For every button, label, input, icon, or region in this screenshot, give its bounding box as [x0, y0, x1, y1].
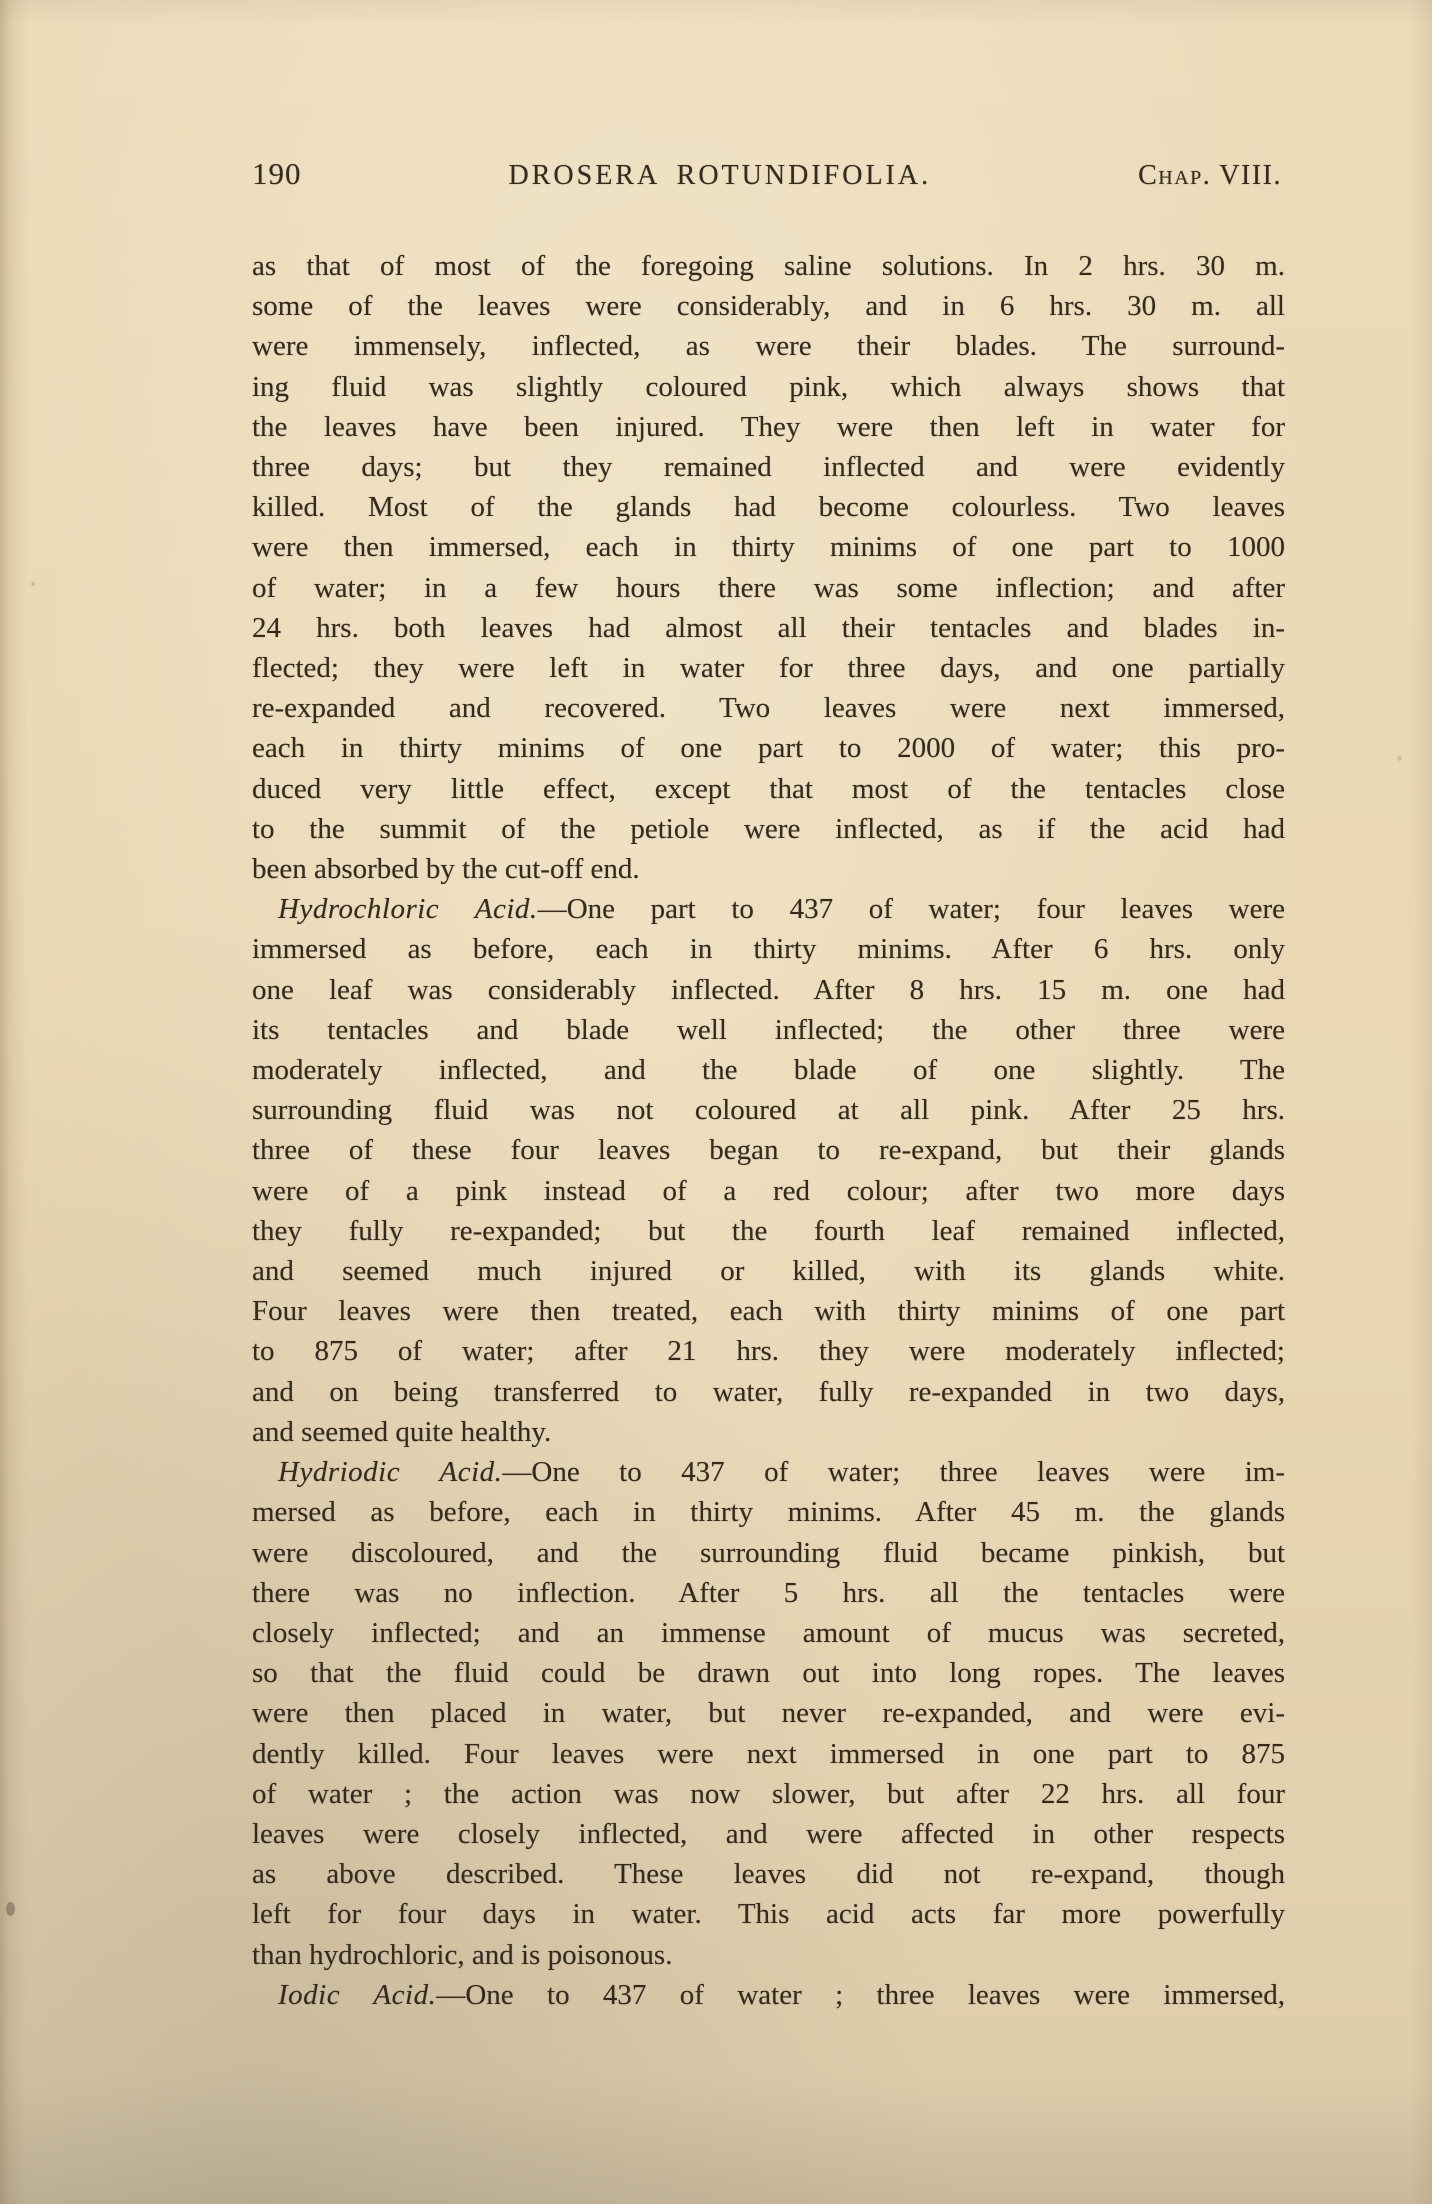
text-line: mersed as before, each in thirty minims.… — [252, 1492, 1285, 1532]
text-line: were then immersed, each in thirty minim… — [252, 527, 1285, 567]
text-line: immersed as before, each in thirty minim… — [252, 929, 1285, 969]
book-page-scan: 190 DROSERA ROTUNDIFOLIA. Chap. VIII. as… — [0, 0, 1432, 2204]
text-line: dently killed. Four leaves were next imm… — [252, 1734, 1285, 1774]
acid-name-italic: Hydrochloric Acid. — [278, 893, 538, 925]
text-line: of water ; the action was now slower, bu… — [252, 1774, 1285, 1814]
text-line: were of a pink instead of a red colour; … — [252, 1171, 1285, 1211]
page-header: 190 DROSERA ROTUNDIFOLIA. Chap. VIII. — [252, 156, 1282, 192]
text-line: they fully re-expanded; but the fourth l… — [252, 1211, 1285, 1251]
text-line: moderately inflected, and the blade of o… — [252, 1050, 1285, 1090]
text-line: left for four days in water. This acid a… — [252, 1894, 1285, 1934]
text-line: than hydrochloric, and is poisonous. — [252, 1935, 1285, 1975]
text-line: to the summit of the petiole were inflec… — [252, 809, 1285, 849]
text-line: Iodic Acid.—One to 437 of water ; three … — [252, 1975, 1285, 2015]
running-title: DROSERA ROTUNDIFOLIA. — [509, 160, 932, 192]
text-line: re-expanded and recovered. Two leaves we… — [252, 688, 1285, 728]
text-line: of water; in a few hours there was some … — [252, 568, 1285, 608]
text-line: the leaves have been injured. They were … — [252, 407, 1285, 447]
text-line: there was no inflection. After 5 hrs. al… — [252, 1573, 1285, 1613]
text-line: were then placed in water, but never re-… — [252, 1693, 1285, 1733]
paper-speck — [6, 1902, 15, 1916]
text-line: three of these four leaves began to re-e… — [252, 1130, 1285, 1170]
text-line: Hydriodic Acid.—One to 437 of water; thr… — [252, 1452, 1285, 1492]
acid-name-italic: Iodic Acid. — [278, 1979, 436, 2011]
text-line: flected; they were left in water for thr… — [252, 648, 1285, 688]
text-line: as that of most of the foregoing saline … — [252, 246, 1285, 286]
page-body-text: as that of most of the foregoing saline … — [252, 246, 1285, 2015]
text-line: three days; but they remained inflected … — [252, 447, 1285, 487]
text-line: and seemed much injured or killed, with … — [252, 1251, 1285, 1291]
text-line: each in thirty minims of one part to 200… — [252, 728, 1285, 768]
text-line: its tentacles and blade well inflected; … — [252, 1010, 1285, 1050]
text-line: Hydrochloric Acid.—One part to 437 of wa… — [252, 889, 1285, 929]
text-line: duced very little effect, except that mo… — [252, 769, 1285, 809]
text-line: killed. Most of the glands had become co… — [252, 487, 1285, 527]
text-line: been absorbed by the cut-off end. — [252, 849, 1285, 889]
page-number: 190 — [252, 156, 302, 192]
text-line: were immensely, inflected, as were their… — [252, 326, 1285, 366]
text-line: so that the fluid could be drawn out int… — [252, 1653, 1285, 1693]
paper-speck — [31, 582, 35, 586]
text-line: as above described. These leaves did not… — [252, 1854, 1285, 1894]
text-line: 24 hrs. both leaves had almost all their… — [252, 608, 1285, 648]
text-line: some of the leaves were considerably, an… — [252, 286, 1285, 326]
acid-name-italic: Hydriodic Acid. — [278, 1456, 502, 1488]
text-line: Four leaves were then treated, each with… — [252, 1291, 1285, 1331]
text-line: and on being transferred to water, fully… — [252, 1372, 1285, 1412]
paper-speck — [1397, 756, 1402, 761]
text-line: to 875 of water; after 21 hrs. they were… — [252, 1331, 1285, 1371]
text-line: were discoloured, and the surrounding fl… — [252, 1533, 1285, 1573]
text-line: surrounding fluid was not coloured at al… — [252, 1090, 1285, 1130]
text-line: closely inflected; and an immense amount… — [252, 1613, 1285, 1653]
text-line: ing fluid was slightly coloured pink, wh… — [252, 367, 1285, 407]
text-line: and seemed quite healthy. — [252, 1412, 1285, 1452]
text-line: one leaf was considerably inflected. Aft… — [252, 970, 1285, 1010]
text-line: leaves were closely inflected, and were … — [252, 1814, 1285, 1854]
chapter-label: Chap. VIII. — [1138, 160, 1282, 192]
